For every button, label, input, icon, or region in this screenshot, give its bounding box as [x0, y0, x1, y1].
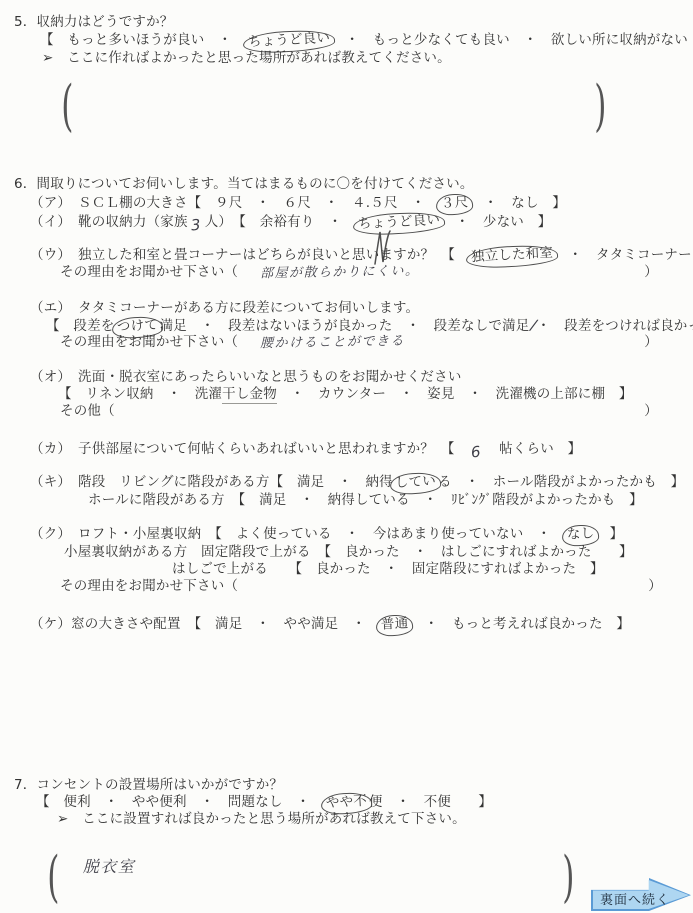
q6b-mid: 人） 【 余裕有り ・ — [205, 214, 356, 230]
q7-handwritten-answer: 脱衣室 — [83, 854, 136, 877]
q6h-reason-row: その理由をお聞かせ下さい（ ） — [60, 578, 662, 595]
q6h-pre: （ク） ロフト・小屋裏収納 【 よく使っている ・ 今はあまり使っていない ・ — [30, 526, 565, 542]
q6b-post: ・ 少ない 】 — [442, 214, 552, 230]
q6a-pre: （ア） ＳＣＬ棚の大きさ【 ９尺 ・ ６尺 ・ ４.５尺 ・ — [30, 195, 439, 211]
q6b-pre: （イ） 靴の収納力（家族 — [30, 214, 188, 230]
q7-options: 【 便利 ・ やや便利 ・ 問題なし ・ やや不便 ・ 不便 】 — [36, 794, 492, 811]
q5-title: 5．収納力はどうですか？ — [14, 14, 174, 31]
q6-row-g-line1: （キ） 階段 リビングに階段がある方【 満足 ・ 納得している ・ ホール階段が… — [30, 474, 684, 491]
q6h-post: 】 — [596, 526, 623, 542]
q6c-reason-label: その理由をお聞かせ下さい（ — [60, 264, 238, 281]
q5-answer-box: ( ) — [58, 76, 610, 136]
q6e-other-label: その他（ — [60, 403, 115, 420]
q5-prompt: ➢ ここに作ればよかったと思った場所があれば教えてください。 — [42, 50, 451, 67]
q6c-reason-row: その理由をお聞かせ下さい（ 部屋が散らかりにくい。 ） — [60, 264, 658, 281]
q6-title: 6．間取りについてお伺いします。当てはまるものに〇を付けてください。 — [14, 176, 474, 193]
q6f-post: 帖くらい 】 — [485, 441, 581, 457]
q5-answer-close-paren: ) — [595, 78, 607, 133]
q6i-circled-answer: 普通 — [376, 614, 414, 636]
q6d-post: ・ 段差をつければ良かった 】 — [537, 318, 693, 334]
q6-row-b: （イ） 靴の収納力（家族3人） 【 余裕有り ・ ちょうど良い ・ 少ない 】 — [30, 213, 551, 231]
q5-answer-open-paren: ( — [61, 78, 73, 133]
q6-row-e-line1: （オ） 洗面・脱衣室にあったらいいなと思うものをお聞かせください — [30, 369, 462, 386]
q6c-handwritten-reason: 部屋が散らかりにくい。 — [260, 263, 420, 283]
q6-row-g-line2: ホールに階段がある方 【 満足 ・ 納得している ・ ﾘﾋﾞﾝｸﾞ階段がよかった… — [88, 492, 643, 509]
q6-row-e-options: 【 リネン収納 ・ 洗濯干し金物 ・ カウンター ・ 姿見 ・ 洗濯機の上部に棚… — [58, 386, 633, 403]
q7-answer-open-paren: ( — [47, 849, 59, 904]
q7-title: 7．コンセントの設置場所はいかがですか？ — [14, 777, 283, 794]
q6d-mid: 満足 ・ 段差はないほうが良かった ・ 段差なしで満足 — [160, 318, 530, 334]
q6-row-f: （カ） 子供部屋について何帖くらいあればいいと思われますか？ 【 6 帖くらい … — [30, 440, 581, 458]
q5-options-post: ・ もっと少なくても良い ・ 欲しい所に収納がない 】 — [332, 32, 693, 48]
q6-row-d-line1: （エ） タタミコーナーがある方に段差についてお伺いします。 — [30, 300, 419, 317]
q6-row-d-options: 【 段差をつけて満足 ・ 段差はないほうが良かった ・ 段差なしで満足/・ 段差… — [46, 317, 693, 335]
q6e-pre: 【 リネン収納 ・ 洗濯 — [58, 386, 222, 402]
q6-row-a: （ア） ＳＣＬ棚の大きさ【 ９尺 ・ ６尺 ・ ４.５尺 ・ ３尺 ・ なし 】 — [30, 195, 566, 212]
q6-row-c: （ウ） 独立した和室と畳コーナーはどちらが良いと思いますか？ 【 独立した和室 … — [30, 247, 693, 264]
q6i-pre: （ケ）窓の大きさや配置 【 満足 ・ やや満足 ・ — [30, 616, 379, 632]
q6d-reason-close-paren: ） — [644, 334, 658, 351]
q7-answer-box: ( 脱衣室 ) — [44, 848, 578, 906]
survey-page: 5．収納力はどうですか？ 【 もっと多いほうが良い ・ ちょうど良い ・ もっと… — [0, 0, 693, 913]
q6-row-i: （ケ）窓の大きさや配置 【 満足 ・ やや満足 ・ 普通 ・ もっと考えれば良か… — [30, 616, 630, 633]
q6e-underlined-answer: 干し金物 — [222, 386, 277, 404]
q6e-post: ・ カウンター ・ 姿見 ・ 洗濯機の上部に棚 】 — [277, 386, 633, 402]
q6d-reason-label: その理由をお聞かせ下さい（ — [60, 334, 238, 351]
q6d-handwritten-reason: 腰かけることができる — [260, 333, 405, 353]
q6h-reason-close-paren: ） — [648, 578, 662, 595]
q6b-circled-answer: ちょうど良い — [352, 211, 445, 236]
q7-options-pre: 【 便利 ・ やや便利 ・ 問題なし ・ — [36, 794, 324, 810]
q6c-pre: （ウ） 独立した和室と畳コーナーはどちらが良いと思いますか？ 【 — [30, 247, 469, 263]
q6-row-h-line1: （ク） ロフト・小屋裏収納 【 よく使っている ・ 今はあまり使っていない ・ … — [30, 526, 623, 543]
q7-answer-close-paren: ) — [563, 849, 575, 904]
q6a-post: ・ なし 】 — [470, 195, 566, 211]
q6g-post: る ・ ホール階段がよかったかも 】 — [438, 474, 684, 490]
q6f-handwritten-tatami-count: 6 — [468, 443, 487, 462]
q6-row-h-line2: 小屋裏収納がある方 固定階段で上がる 【 良かった ・ はしごにすればよかった … — [64, 544, 633, 561]
q6e-other-close-paren: ） — [644, 403, 658, 420]
q6-row-h-line3: はしごで上がる 【 良かった ・ 固定階段にすればよかった 】 — [172, 561, 604, 578]
q5-options-pre: 【 もっと多いほうが良い ・ — [40, 32, 246, 48]
q7-options-post: 便 ・ 不便 】 — [369, 794, 492, 810]
q7-prompt: ➢ ここに設置すれば良かったと思う場所があれば教えて下さい。 — [57, 811, 466, 828]
q5-options: 【 もっと多いほうが良い ・ ちょうど良い ・ もっと少なくても良い ・ 欲しい… — [40, 32, 693, 49]
q6e-other-row: その他（ ） — [60, 403, 658, 420]
q6d-reason-row: その理由をお聞かせ下さい（ 腰かけることができる ） — [60, 334, 658, 351]
continue-badge-label: 裏面へ続く — [600, 889, 670, 908]
q6c-post: ・ タタミコーナー 】 — [555, 247, 693, 263]
q6b-handwritten-family-count: 3 — [187, 216, 206, 235]
q6g-pre: （キ） 階段 リビングに階段がある方【 満足 ・ 納得 — [30, 474, 393, 490]
q6h-reason-label: その理由をお聞かせ下さい（ — [60, 578, 238, 595]
q6i-post: ・ もっと考えれば良かった 】 — [411, 616, 630, 632]
continue-next-page-badge: 裏面へ続く — [591, 878, 691, 911]
q6c-reason-close-paren: ） — [644, 264, 658, 281]
q6d-pre: 【 段差を — [46, 318, 115, 334]
q6f-pre: （カ） 子供部屋について何帖くらいあればいいと思われますか？ 【 — [30, 441, 468, 457]
